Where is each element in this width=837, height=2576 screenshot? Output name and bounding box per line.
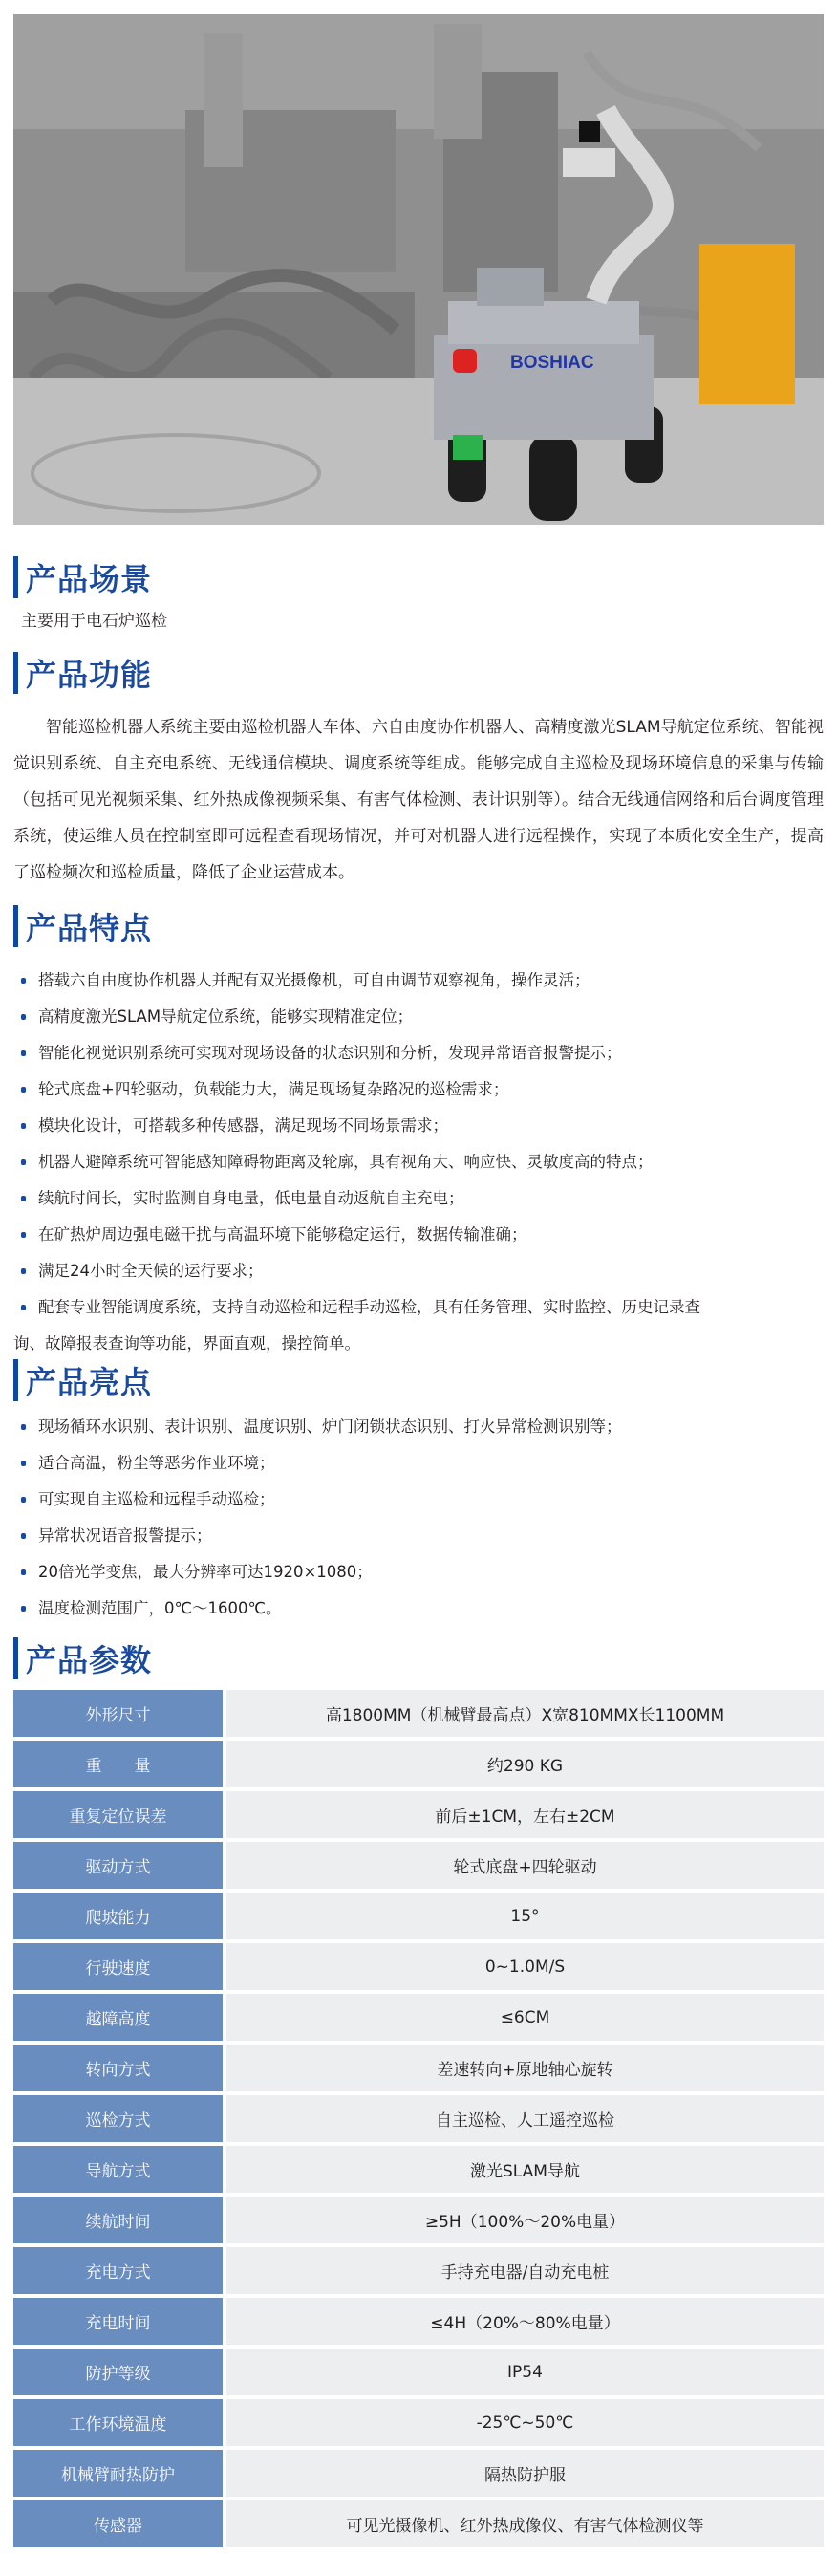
table-row: 巡检方式自主巡检、人工遥控巡检 bbox=[13, 2095, 824, 2142]
list-item: 在矿热炉周边强电磁干扰与高温环境下能够稳定运行，数据传输准确； bbox=[13, 1217, 824, 1253]
spec-table: 外形尺寸高1800MM（机械臂最高点）X宽810MMX长1100MM 重 量约2… bbox=[13, 1690, 824, 2551]
list-item: 轮式底盘+四轮驱动，负载能力大，满足现场复杂路况的巡检需求； bbox=[13, 1072, 824, 1108]
spec-label: 工作环境温度 bbox=[13, 2399, 223, 2446]
function-paragraph: 智能巡检机器人系统主要由巡检机器人车体、六自由度协作机器人、高精度激光SLAM导… bbox=[13, 709, 824, 891]
spec-value: 可见光摄像机、红外热成像仪、有害气体检测仪等 bbox=[226, 2500, 824, 2547]
spec-label: 转向方式 bbox=[13, 2045, 223, 2091]
features-list: 搭载六自由度协作机器人并配有双光摄像机，可自由调节观察视角，操作灵活； 高精度激… bbox=[13, 963, 824, 1362]
highlights-list: 现场循环水识别、表计识别、温度识别、炉门闭锁状态识别、打火异常检测识别等； 适合… bbox=[13, 1409, 824, 1627]
spec-value: 前后±1CM，左右±2CM bbox=[226, 1791, 824, 1838]
spec-label: 驱动方式 bbox=[13, 1842, 223, 1889]
bullet-icon bbox=[21, 1424, 26, 1430]
table-row: 爬坡能力15° bbox=[13, 1893, 824, 1939]
bullet-icon bbox=[21, 1606, 26, 1612]
section-params: 产品参数 bbox=[13, 1637, 152, 1679]
spec-value: 约290 KG bbox=[226, 1741, 824, 1787]
list-item: 高精度激光SLAM导航定位系统，能够实现精准定位； bbox=[13, 999, 824, 1035]
bullet-icon bbox=[21, 1268, 26, 1274]
spec-label: 爬坡能力 bbox=[13, 1893, 223, 1939]
table-row: 导航方式激光SLAM导航 bbox=[13, 2146, 824, 2193]
list-item: 异常状况语音报警提示； bbox=[13, 1518, 824, 1554]
section-highlights: 产品亮点 现场循环水识别、表计识别、温度识别、炉门闭锁状态识别、打火异常检测识别… bbox=[13, 1359, 824, 1627]
table-row: 工作环境温度-25℃~50℃ bbox=[13, 2399, 824, 2446]
bullet-icon bbox=[21, 1014, 26, 1020]
table-row: 转向方式差速转向+原地轴心旋转 bbox=[13, 2045, 824, 2091]
section-function: 产品功能 智能巡检机器人系统主要由巡检机器人车体、六自由度协作机器人、高精度激光… bbox=[13, 652, 824, 891]
table-row: 重 量约290 KG bbox=[13, 1741, 824, 1787]
section-scene: 产品场景 主要用于电石炉巡检 bbox=[13, 556, 167, 633]
bullet-icon bbox=[21, 1196, 26, 1201]
product-hero-image: BOSHIAC bbox=[13, 14, 824, 525]
table-row: 充电时间≤4H（20%～80%电量） bbox=[13, 2298, 824, 2345]
table-row: 越障高度≤6CM bbox=[13, 1994, 824, 2041]
spec-label: 重复定位误差 bbox=[13, 1791, 223, 1838]
section-heading: 产品亮点 bbox=[26, 1358, 152, 1402]
list-item: 适合高温，粉尘等恶劣作业环境； bbox=[13, 1445, 824, 1482]
spec-value: -25℃~50℃ bbox=[226, 2399, 824, 2446]
bullet-icon bbox=[21, 1533, 26, 1539]
heading-accent-bar bbox=[13, 652, 18, 694]
scene-text: 主要用于电石炉巡检 bbox=[13, 610, 167, 633]
spec-label: 行驶速度 bbox=[13, 1943, 223, 1990]
bullet-icon bbox=[21, 1159, 26, 1165]
list-item: 搭载六自由度协作机器人并配有双光摄像机，可自由调节观察视角，操作灵活； bbox=[13, 963, 824, 999]
table-row: 防护等级IP54 bbox=[13, 2349, 824, 2395]
list-item: 满足24小时全天候的运行要求； bbox=[13, 1253, 824, 1289]
table-row: 机械臂耐热防护隔热防护服 bbox=[13, 2450, 824, 2497]
spec-label: 防护等级 bbox=[13, 2349, 223, 2395]
spec-value: 隔热防护服 bbox=[226, 2450, 824, 2497]
spec-label: 充电时间 bbox=[13, 2298, 223, 2345]
spec-label: 导航方式 bbox=[13, 2146, 223, 2193]
spec-value: 激光SLAM导航 bbox=[226, 2146, 824, 2193]
list-item: 续航时间长，实时监测自身电量，低电量自动返航自主充电； bbox=[13, 1180, 824, 1217]
factory-background-illustration: BOSHIAC bbox=[13, 14, 824, 525]
heading-accent-bar bbox=[13, 905, 18, 947]
table-row: 重复定位误差前后±1CM，左右±2CM bbox=[13, 1791, 824, 1838]
list-item: 模块化设计，可搭载多种传感器，满足现场不同场景需求； bbox=[13, 1108, 824, 1144]
table-row: 充电方式手持充电器/自动充电桩 bbox=[13, 2247, 824, 2294]
section-title-params: 产品参数 bbox=[13, 1637, 152, 1679]
section-heading: 产品参数 bbox=[26, 1636, 152, 1680]
section-features: 产品特点 搭载六自由度协作机器人并配有双光摄像机，可自由调节观察视角，操作灵活；… bbox=[13, 905, 824, 1362]
bullet-icon bbox=[21, 978, 26, 984]
spec-value: 0~1.0M/S bbox=[226, 1943, 824, 1990]
bullet-icon bbox=[21, 1305, 26, 1310]
spec-label: 机械臂耐热防护 bbox=[13, 2450, 223, 2497]
spec-value: ≤4H（20%～80%电量） bbox=[226, 2298, 824, 2345]
table-row: 外形尺寸高1800MM（机械臂最高点）X宽810MMX长1100MM bbox=[13, 1690, 824, 1737]
spec-value: 轮式底盘+四轮驱动 bbox=[226, 1842, 824, 1889]
spec-value: 高1800MM（机械臂最高点）X宽810MMX长1100MM bbox=[226, 1690, 824, 1737]
table-row: 驱动方式轮式底盘+四轮驱动 bbox=[13, 1842, 824, 1889]
spec-label: 传感器 bbox=[13, 2500, 223, 2547]
spec-value: ≤6CM bbox=[226, 1994, 824, 2041]
heading-accent-bar bbox=[13, 1359, 18, 1401]
list-item: 智能化视觉识别系统可实现对现场设备的状态识别和分析，发现异常语音报警提示； bbox=[13, 1035, 824, 1072]
list-item: 现场循环水识别、表计识别、温度识别、炉门闭锁状态识别、打火异常检测识别等； bbox=[13, 1409, 824, 1445]
spec-value: 15° bbox=[226, 1893, 824, 1939]
bullet-icon bbox=[21, 1050, 26, 1056]
spec-value: 差速转向+原地轴心旋转 bbox=[226, 2045, 824, 2091]
bullet-icon bbox=[21, 1497, 26, 1503]
spec-label: 重 量 bbox=[13, 1741, 223, 1787]
list-item: 配套专业智能调度系统，支持自动巡检和远程手动巡检，具有任务管理、实时监控、历史记… bbox=[13, 1289, 824, 1362]
spec-label: 巡检方式 bbox=[13, 2095, 223, 2142]
section-heading: 产品特点 bbox=[26, 904, 152, 948]
table-row: 行驶速度0~1.0M/S bbox=[13, 1943, 824, 1990]
bullet-icon bbox=[21, 1461, 26, 1466]
list-item: 温度检测范围广，0℃～1600℃。 bbox=[13, 1591, 824, 1627]
list-item: 机器人避障系统可智能感知障碍物距离及轮廓，具有视角大、响应快、灵敏度高的特点； bbox=[13, 1144, 824, 1180]
section-title-function: 产品功能 bbox=[13, 652, 824, 694]
section-heading: 产品场景 bbox=[26, 555, 152, 599]
spec-label: 续航时间 bbox=[13, 2197, 223, 2243]
section-title-highlights: 产品亮点 bbox=[13, 1359, 824, 1401]
spec-value: 自主巡检、人工遥控巡检 bbox=[226, 2095, 824, 2142]
bullet-icon bbox=[21, 1569, 26, 1575]
list-item: 20倍光学变焦，最大分辨率可达1920×1080； bbox=[13, 1554, 824, 1591]
bullet-icon bbox=[21, 1087, 26, 1093]
section-heading: 产品功能 bbox=[26, 651, 152, 695]
table-row: 传感器可见光摄像机、红外热成像仪、有害气体检测仪等 bbox=[13, 2500, 824, 2547]
spec-value: ≥5H（100%～20%电量） bbox=[226, 2197, 824, 2243]
bullet-icon bbox=[21, 1232, 26, 1238]
list-item: 可实现自主巡检和远程手动巡检； bbox=[13, 1482, 824, 1518]
section-title-features: 产品特点 bbox=[13, 905, 824, 947]
heading-accent-bar bbox=[13, 556, 18, 598]
spec-value: 手持充电器/自动充电桩 bbox=[226, 2247, 824, 2294]
spec-value: IP54 bbox=[226, 2349, 824, 2395]
robot-brand-text: BOSHIAC bbox=[510, 353, 594, 373]
spec-label: 外形尺寸 bbox=[13, 1690, 223, 1737]
heading-accent-bar bbox=[13, 1637, 18, 1679]
spec-label: 充电方式 bbox=[13, 2247, 223, 2294]
table-row: 续航时间≥5H（100%～20%电量） bbox=[13, 2197, 824, 2243]
bullet-icon bbox=[21, 1123, 26, 1129]
spec-label: 越障高度 bbox=[13, 1994, 223, 2041]
section-title-scene: 产品场景 bbox=[13, 556, 167, 598]
